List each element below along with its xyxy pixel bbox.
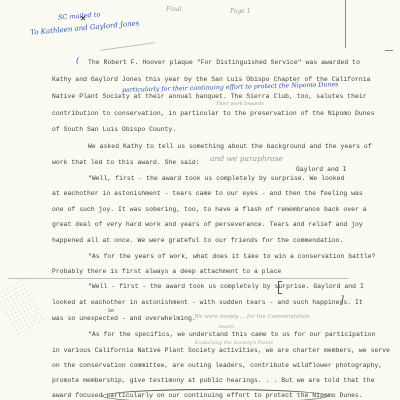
- body-line: at eachother in astonishment - tears cam…: [52, 190, 363, 197]
- body-line: one of such joy. It was sobering, too, t…: [52, 206, 367, 213]
- body-line: on the conservation committee, are outin…: [52, 362, 382, 369]
- cross-mark-icon: ✕: [80, 13, 86, 25]
- body-line: happened all at once. We were grateful t…: [52, 237, 343, 244]
- pencil-stroke: [100, 42, 155, 51]
- handwritten-final: Final: [166, 6, 181, 13]
- handwritten-insert-paraphrase: and we paraphrase: [210, 154, 283, 163]
- circled-phrase: [102, 389, 328, 400]
- document-page: SC mailed to To Kathleen and Gaylord Jon…: [0, 0, 400, 400]
- body-line: great deal of very hard work and years o…: [52, 221, 363, 228]
- margin-tick: [385, 50, 393, 51]
- pencil-note-gratitude: We were deeply ... for the Commendation: [194, 314, 310, 320]
- blue-arrow-mark: (: [76, 56, 79, 65]
- pencil-note-specifics: Explaining the Society's Points: [195, 340, 273, 346]
- bracket-mark: [278, 281, 282, 294]
- pencil-note-award: Award: [218, 324, 234, 330]
- body-line: in various California Native Plant Socie…: [52, 347, 390, 354]
- body-line: Native Plant Society at their annual ban…: [52, 93, 367, 100]
- body-line: promote membership, give testimony at pu…: [52, 377, 374, 384]
- handwritten-insert-particularly: particularly for their continuing effort…: [122, 81, 339, 94]
- body-line: contribution to conservation, in particu…: [52, 110, 374, 117]
- handwritten-insert-gaylord: Gaylord and I: [296, 166, 347, 173]
- body-line: looked at eachother in astonishment - wi…: [52, 299, 363, 306]
- pencil-strike-line: [8, 278, 348, 279]
- body-line: We asked Kathy to tell us something abou…: [88, 143, 372, 150]
- handwritten-insert-their-work: Their work towards: [216, 102, 264, 107]
- handwritten-insert-so: So: [108, 308, 114, 314]
- margin-line: [345, 0, 346, 48]
- body-line: of South San Luis Obispo County.: [52, 126, 176, 133]
- body-line: "As for the specifics, we understand thi…: [88, 331, 376, 338]
- body-line: "Well - first - the award took us comple…: [88, 283, 364, 290]
- bracket-close-mark: ]: [340, 295, 344, 306]
- pencil-margin-scribble: [0, 278, 48, 338]
- body-line: was so unexpected - and overwhelming.: [52, 315, 196, 322]
- body-line: "As for the years of work, what does it …: [88, 253, 376, 260]
- body-line: The Robert F. Hoover plaque "For Disting…: [88, 59, 360, 66]
- body-line: "Well, first - the award took us complet…: [88, 175, 344, 182]
- body-line: Probably there is first always a deep at…: [52, 268, 281, 275]
- handwritten-page-number: Page 1: [230, 8, 250, 15]
- body-line: work that led to this award. She said:: [52, 159, 200, 166]
